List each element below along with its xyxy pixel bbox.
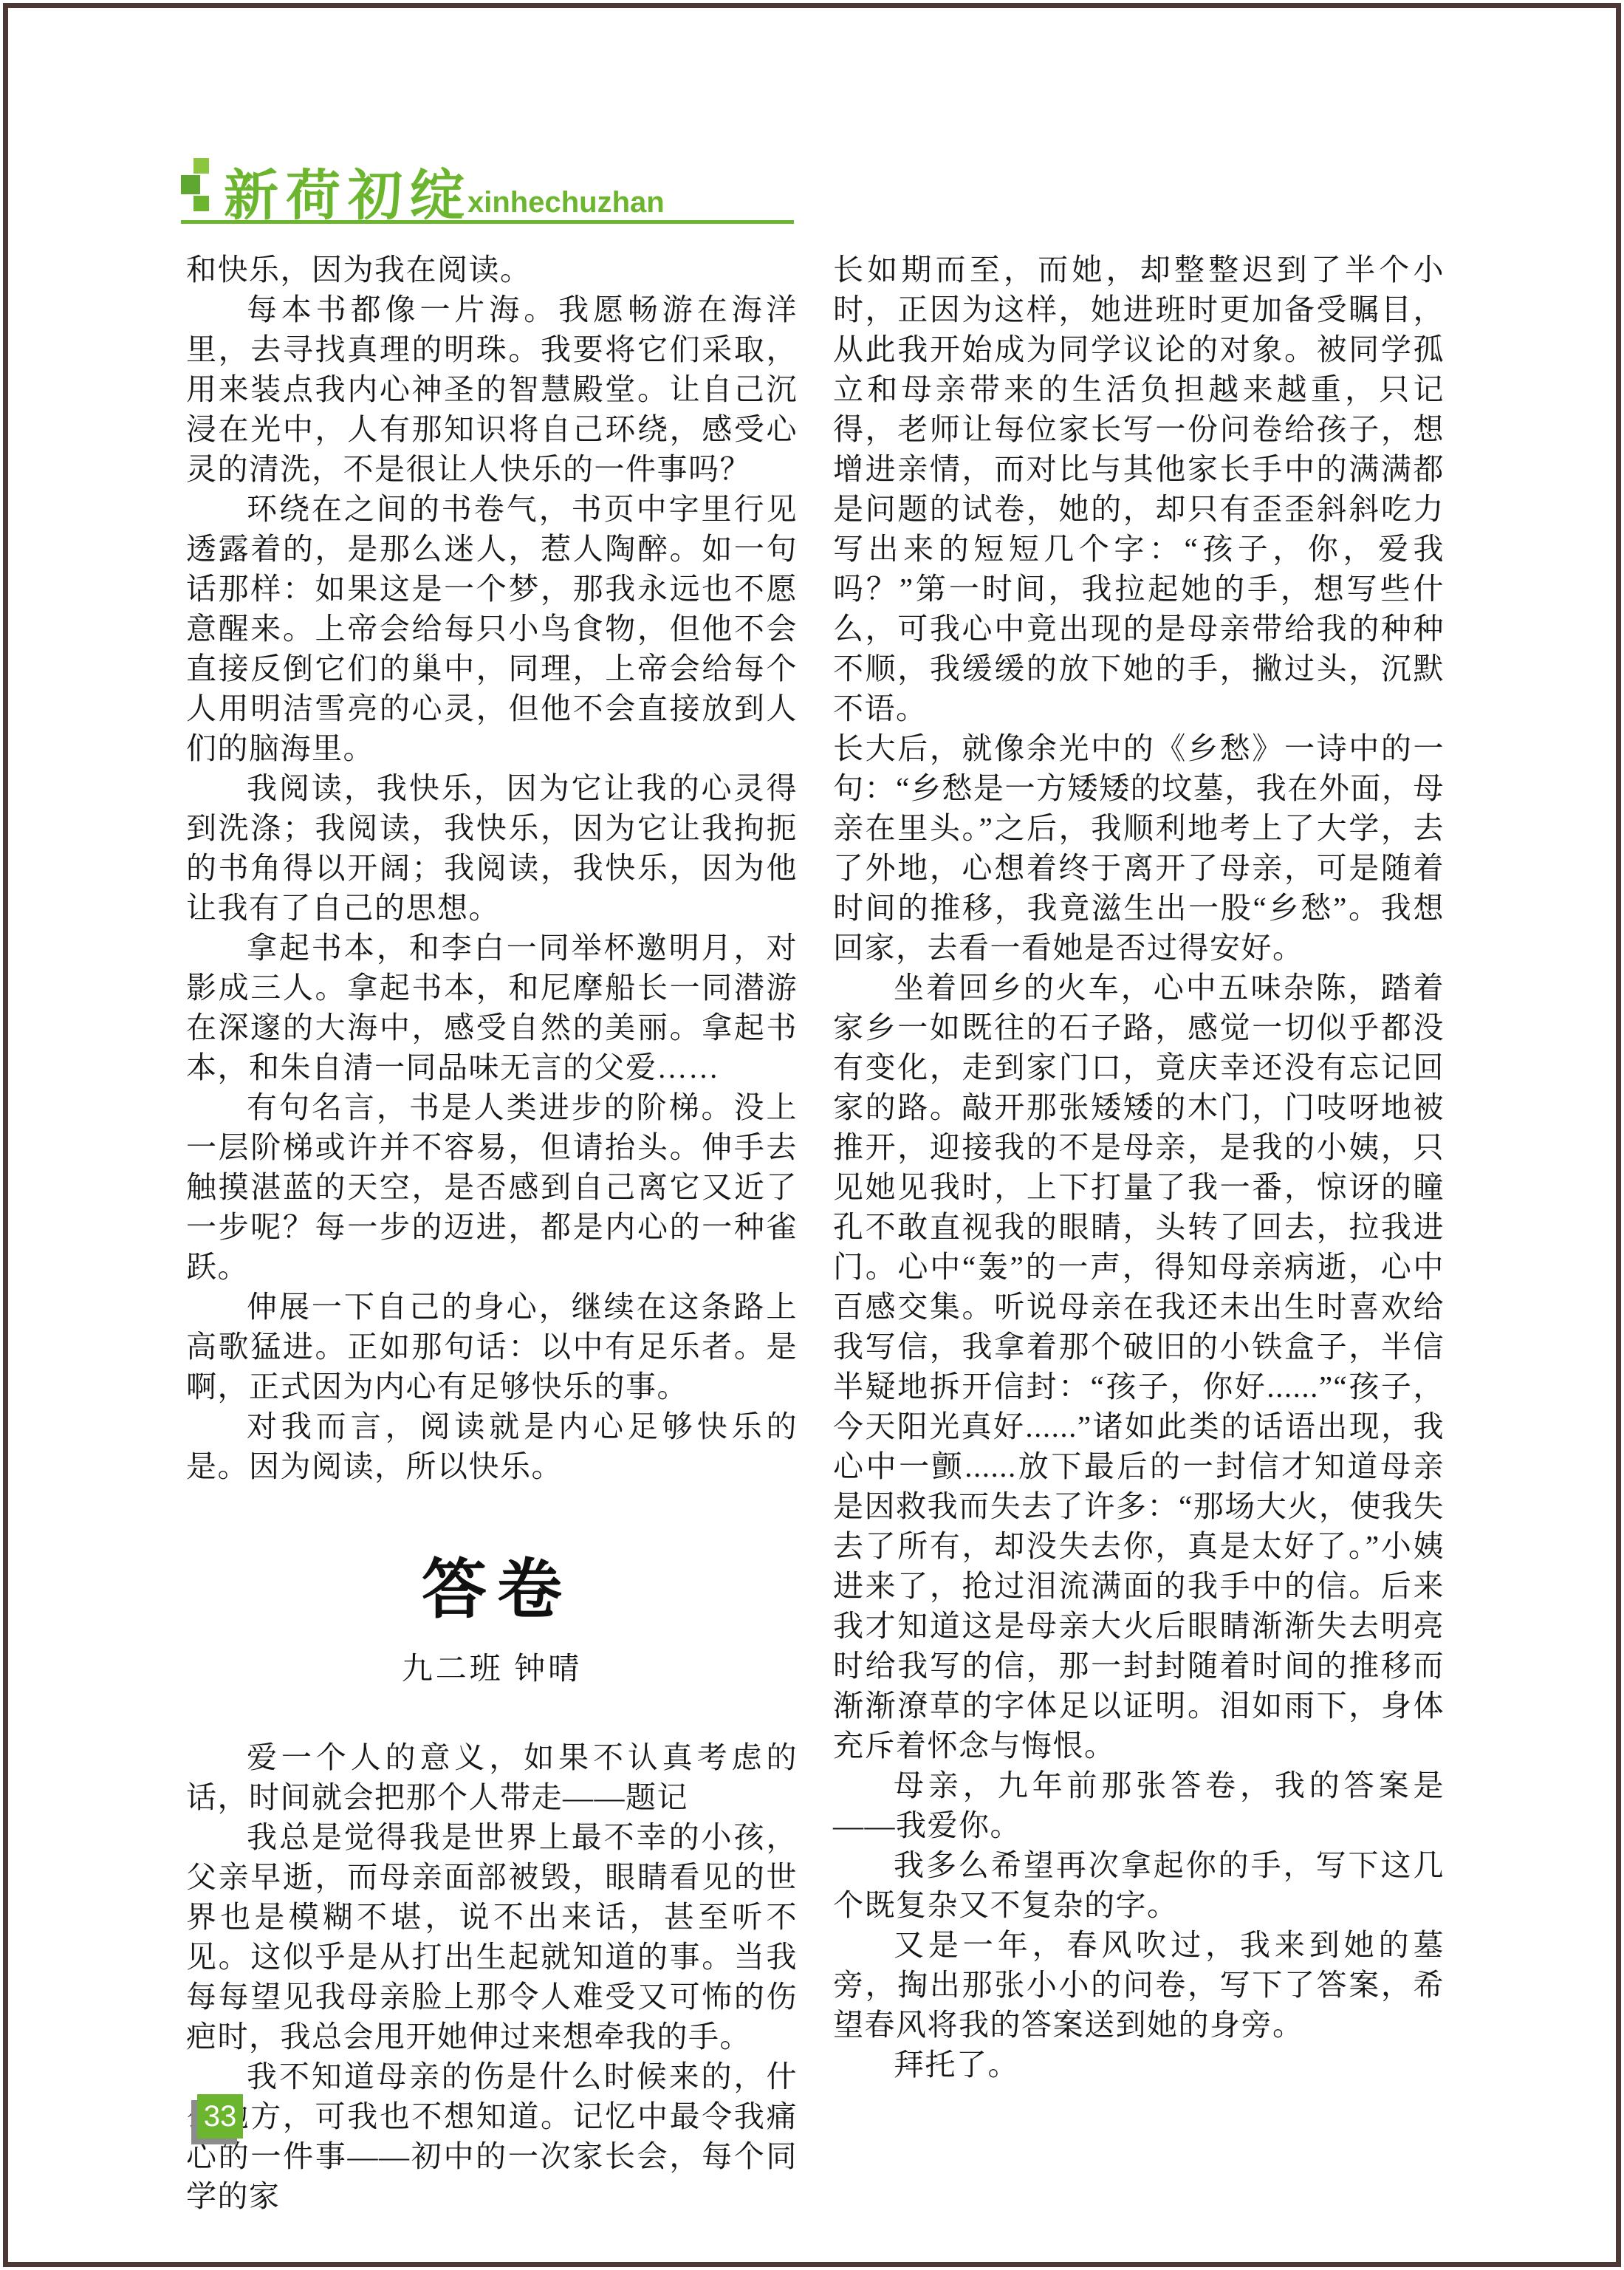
paragraph: 拜托了。 [833, 2045, 1445, 2085]
paragraph: 母亲，九年前那张答卷，我的答案是——我爱你。 [833, 1765, 1445, 1845]
paragraph: 我不知道母亲的伤是什么时候来的，什么地方，可我也不想知道。记忆中最令我痛心的一件… [186, 2057, 798, 2216]
paragraph: 拿起书本，和李白一同举杯邀明月，对影成三人。拿起书本，和尼摩船长一同潜游在深邃的… [186, 928, 798, 1087]
article-reading-left-part: 和快乐，因为我在阅读。每本书都像一片海。我愿畅游在海洋里，去寻找真理的明珠。我要… [186, 250, 798, 1486]
right-column: 长如期而至，而她，却整整迟到了半个小时，正因为这样，她进班时更加备受瞩目，从此我… [833, 250, 1445, 2085]
article-answer-title-block: 答卷 九二班 钟晴 [186, 1551, 798, 1692]
brand-squares-icon [181, 158, 212, 213]
paragraph: 伸展一下自己的身心，继续在这条路上高歌猛进。正如那句话：以中有足乐者。是啊，正式… [186, 1287, 798, 1406]
section-title-chinese: 新荷初绽 [224, 152, 472, 230]
article-title: 答卷 [186, 1551, 798, 1631]
paragraph: 和快乐，因为我在阅读。 [186, 250, 798, 290]
brand-square-top [193, 158, 209, 174]
header-underline [181, 220, 794, 224]
page-number-badge: 33 [197, 2094, 243, 2139]
brand-square-middle [181, 175, 200, 194]
brand-square-bottom [193, 196, 209, 211]
page-number-text: 33 [204, 2100, 237, 2133]
magazine-page: 新荷初绽 xinhechuzhan 和快乐，因为我在阅读。每本书都像一片海。我愿… [0, 0, 1624, 2270]
article-answer-left-part: 爱一个人的意义，如果不认真考虑的话，时间就会把那个人带走——题记我总是觉得我是世… [186, 1737, 798, 2216]
paragraph: 有句名言，书是人类进步的阶梯。没上一层阶梯或许并不容易，但请抬头。伸手去触摸湛蓝… [186, 1087, 798, 1287]
paragraph: 爱一个人的意义，如果不认真考虑的话，时间就会把那个人带走——题记 [186, 1737, 798, 1817]
article-byline: 九二班 钟晴 [186, 1647, 798, 1692]
paragraph: 长如期而至，而她，却整整迟到了半个小时，正因为这样，她进班时更加备受瞩目，从此我… [833, 250, 1445, 728]
paragraph: 环绕在之间的书卷气，书页中字里行见透露着的，是那么迷人，惹人陶醉。如一句话那样：… [186, 489, 798, 768]
article-answer-right-part: 长如期而至，而她，却整整迟到了半个小时，正因为这样，她进班时更加备受瞩目，从此我… [833, 250, 1445, 2085]
paragraph: 每本书都像一片海。我愿畅游在海洋里，去寻找真理的明珠。我要将它们采取，用来装点我… [186, 290, 798, 489]
paragraph: 我多么希望再次拿起你的手，写下这几个既复杂又不复杂的字。 [833, 1845, 1445, 1925]
paragraph: 我阅读，我快乐，因为它让我的心灵得到洗涤；我阅读，我快乐，因为它让我拘扼的书角得… [186, 768, 798, 928]
title-gap [186, 1692, 798, 1737]
paragraph: 对我而言，阅读就是内心足够快乐的是。因为阅读，所以快乐。 [186, 1406, 798, 1486]
paragraph: 坐着回乡的火车，心中五味杂陈，踏着家乡一如既往的石子路，感觉一切似乎都没有变化，… [833, 968, 1445, 1765]
section-title-pinyin: xinhechuzhan [467, 186, 665, 219]
paragraph: 又是一年，春风吹过，我来到她的墓旁，掏出那张小小的问卷，写下了答案，希望春风将我… [833, 1925, 1445, 2045]
paragraph: 长大后，就像余光中的《乡愁》一诗中的一句：“乡愁是一方矮矮的坟墓，我在外面，母亲… [833, 728, 1445, 968]
left-column: 和快乐，因为我在阅读。每本书都像一片海。我愿畅游在海洋里，去寻找真理的明珠。我要… [186, 250, 798, 2216]
paragraph: 我总是觉得我是世界上最不幸的小孩，父亲早逝，而母亲面部被毁，眼睛看见的世界也是模… [186, 1817, 798, 2057]
